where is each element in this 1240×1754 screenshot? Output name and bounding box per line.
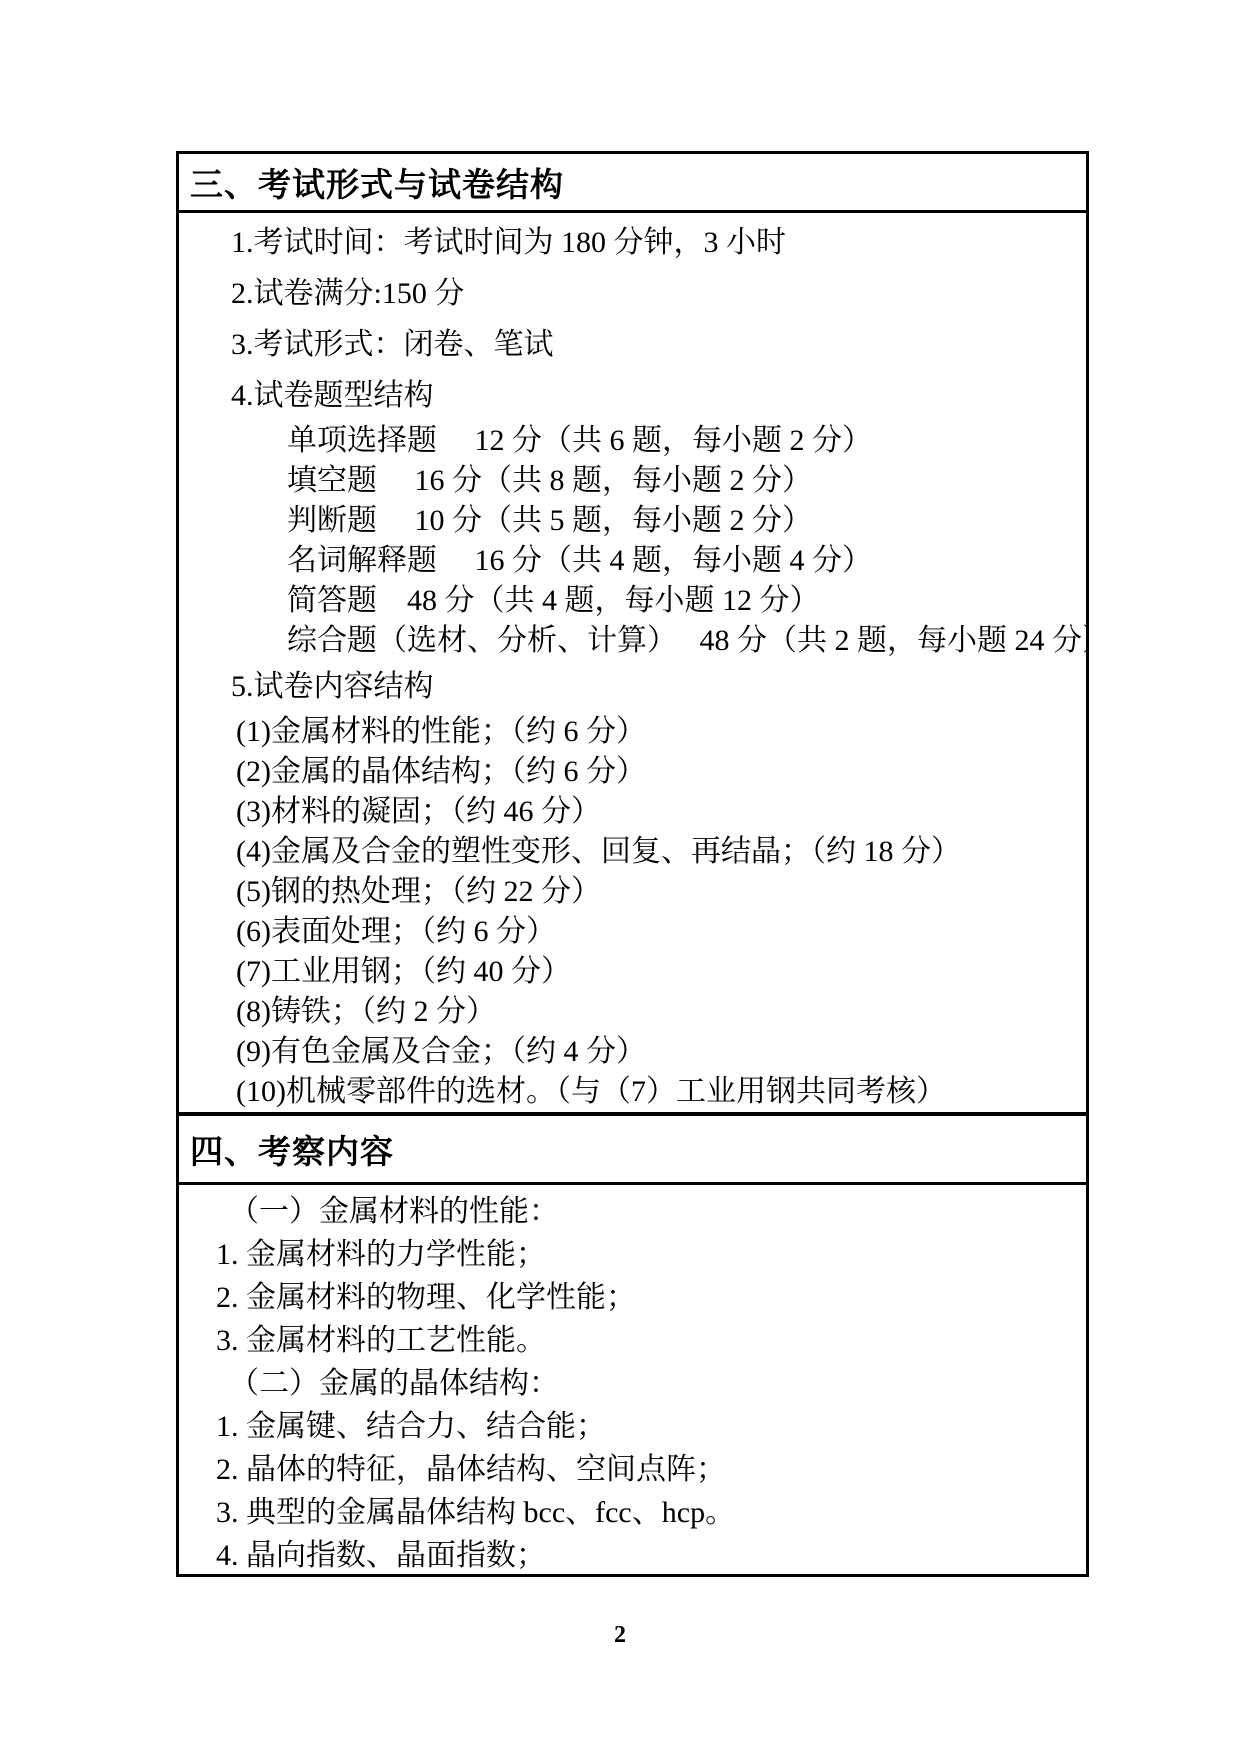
content-line: (2)金属的晶体结构；（约 6 分） [179, 748, 1086, 788]
content-line: 1. 金属键、结合力、结合能； [179, 1401, 1086, 1444]
syllabus-table: 三、考试形式与试卷结构 1.考试时间：考试时间为 180 分钟，3 小时2.试卷… [176, 151, 1089, 1577]
content-line: 综合题（选材、分析、计算） 48 分（共 2 题，每小题 24 分） [179, 617, 1086, 657]
content-line: (7)工业用钢；（约 40 分） [179, 948, 1086, 988]
content-line: （一）金属材料的性能： [179, 1186, 1086, 1229]
section-3-content: 1.考试时间：考试时间为 180 分钟，3 小时2.试卷满分:150 分3.考试… [179, 213, 1086, 1116]
content-line: 3.考试形式：闭卷、笔试 [179, 315, 1086, 366]
content-line: （二）金属的晶体结构： [179, 1358, 1086, 1401]
content-line: 3. 金属材料的工艺性能。 [179, 1315, 1086, 1358]
content-line: 1.考试时间：考试时间为 180 分钟，3 小时 [179, 213, 1086, 264]
content-line: 3. 典型的金属晶体结构 bcc、fcc、hcp。 [179, 1487, 1086, 1530]
content-line: (3)材料的凝固；（约 46 分） [179, 788, 1086, 828]
content-line: 1. 金属材料的力学性能； [179, 1229, 1086, 1272]
content-line: (9)有色金属及合金；（约 4 分） [179, 1028, 1086, 1068]
content-line: 单项选择题 12 分（共 6 题，每小题 2 分） [179, 417, 1086, 457]
section-4-title: 四、考察内容 [190, 1126, 394, 1173]
content-line: 名词解释题 16 分（共 4 题，每小题 4 分） [179, 537, 1086, 577]
content-line: 判断题 10 分（共 5 题，每小题 2 分） [179, 497, 1086, 537]
content-line: (8)铸铁；（约 2 分） [179, 988, 1086, 1028]
content-line: 2.试卷满分:150 分 [179, 264, 1086, 315]
section-4-content: （一）金属材料的性能：1. 金属材料的力学性能；2. 金属材料的物理、化学性能；… [179, 1185, 1086, 1574]
content-line: 4.试卷题型结构 [179, 366, 1086, 417]
document-page: 三、考试形式与试卷结构 1.考试时间：考试时间为 180 分钟，3 小时2.试卷… [0, 0, 1240, 1754]
content-line: (10)机械零部件的选材。（与（7）工业用钢共同考核） [179, 1068, 1086, 1108]
content-line: 填空题 16 分（共 8 题，每小题 2 分） [179, 457, 1086, 497]
content-line: (5)钢的热处理；（约 22 分） [179, 868, 1086, 908]
section-3-title: 三、考试形式与试卷结构 [190, 159, 564, 206]
content-line: 4. 晶向指数、晶面指数； [179, 1530, 1086, 1573]
section-3-header: 三、考试形式与试卷结构 [179, 154, 1086, 213]
content-line: (1)金属材料的性能；（约 6 分） [179, 708, 1086, 748]
section-4-header: 四、考察内容 [179, 1116, 1086, 1185]
content-line: 5.试卷内容结构 [179, 657, 1086, 708]
content-line: 简答题 48 分（共 4 题，每小题 12 分） [179, 577, 1086, 617]
content-line: (6)表面处理；（约 6 分） [179, 908, 1086, 948]
page-number: 2 [0, 1622, 1240, 1649]
content-line: (4)金属及合金的塑性变形、回复、再结晶；（约 18 分） [179, 828, 1086, 868]
content-line: 2. 金属材料的物理、化学性能； [179, 1272, 1086, 1315]
content-line: 2. 晶体的特征，晶体结构、空间点阵； [179, 1444, 1086, 1487]
